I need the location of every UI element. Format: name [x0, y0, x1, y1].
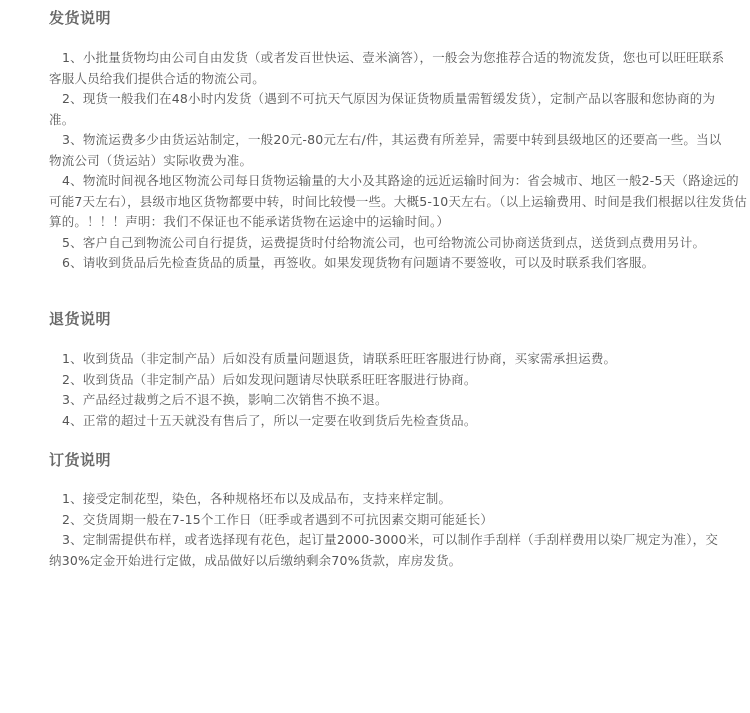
returns-section: 退货说明 1、收到货品（非定制产品）后如没有质量问题退货，请联系旺旺客服进行协商… — [49, 309, 701, 329]
ordering-item-2: 2、交货周期一般在7-15个工作日（旺季或者遇到不可抗因素交期可能延长） — [49, 510, 729, 531]
returns-item-2: 2、收到货品（非定制产品）后如发现问题请尽快联系旺旺客服进行协商。 — [49, 370, 729, 391]
shipping-item-6: 6、请收到货品后先检查货品的质量，再签收。如果发现货物有问题请不要签收，可以及时… — [49, 253, 749, 274]
returns-item-1: 1、收到货品（非定制产品）后如没有质量问题退货，请联系旺旺客服进行协商，买家需承… — [49, 349, 749, 370]
shipping-item-4: 4、物流时间视各地区物流公司每日货物运输量的大小及其路途的远近运输时间为：省会城… — [49, 171, 749, 233]
ordering-section-title: 订货说明 — [49, 450, 701, 470]
returns-item-3: 3、产品经过裁剪之后不退不换，影响二次销售不换不退。 — [49, 390, 729, 411]
shipping-section: 发货说明 1、小批量货物均由公司自由发货（或者发百世快运、壹米滴答），一般会为您… — [49, 8, 701, 28]
returns-items: 1、收到货品（非定制产品）后如没有质量问题退货，请联系旺旺客服进行协商，买家需承… — [49, 349, 701, 431]
shipping-section-title: 发货说明 — [49, 8, 701, 28]
ordering-item-1: 1、接受定制花型，染色，各种规格坯布以及成品布，支持来样定制。 — [49, 489, 729, 510]
returns-item-4: 4、正常的超过十五天就没有售后了，所以一定要在收到货后先检查货品。 — [49, 411, 729, 432]
shipping-item-2: 2、现货一般我们在48小时内发货（遇到不可抗天气原因为保证货物质量需暂缓发货），… — [49, 89, 729, 130]
shipping-item-3: 3、物流运费多少由货运站制定，一般20元-80元左右/件，其运费有所差异，需要中… — [49, 130, 729, 171]
ordering-section: 订货说明 1、接受定制花型，染色，各种规格坯布以及成品布，支持来样定制。 2、交… — [49, 450, 701, 470]
ordering-items: 1、接受定制花型，染色，各种规格坯布以及成品布，支持来样定制。 2、交货周期一般… — [49, 489, 701, 571]
returns-section-title: 退货说明 — [49, 309, 701, 329]
ordering-item-3: 3、定制需提供布样，或者选择现有花色，起订量2000-3000米，可以制作手刮样… — [49, 530, 729, 571]
shipping-item-5: 5、客户自己到物流公司自行提货，运费提货时付给物流公司，也可给物流公司协商送货到… — [49, 233, 729, 254]
shipping-item-1: 1、小批量货物均由公司自由发货（或者发百世快运、壹米滴答），一般会为您推荐合适的… — [49, 48, 729, 89]
shipping-items: 1、小批量货物均由公司自由发货（或者发百世快运、壹米滴答），一般会为您推荐合适的… — [49, 48, 701, 274]
